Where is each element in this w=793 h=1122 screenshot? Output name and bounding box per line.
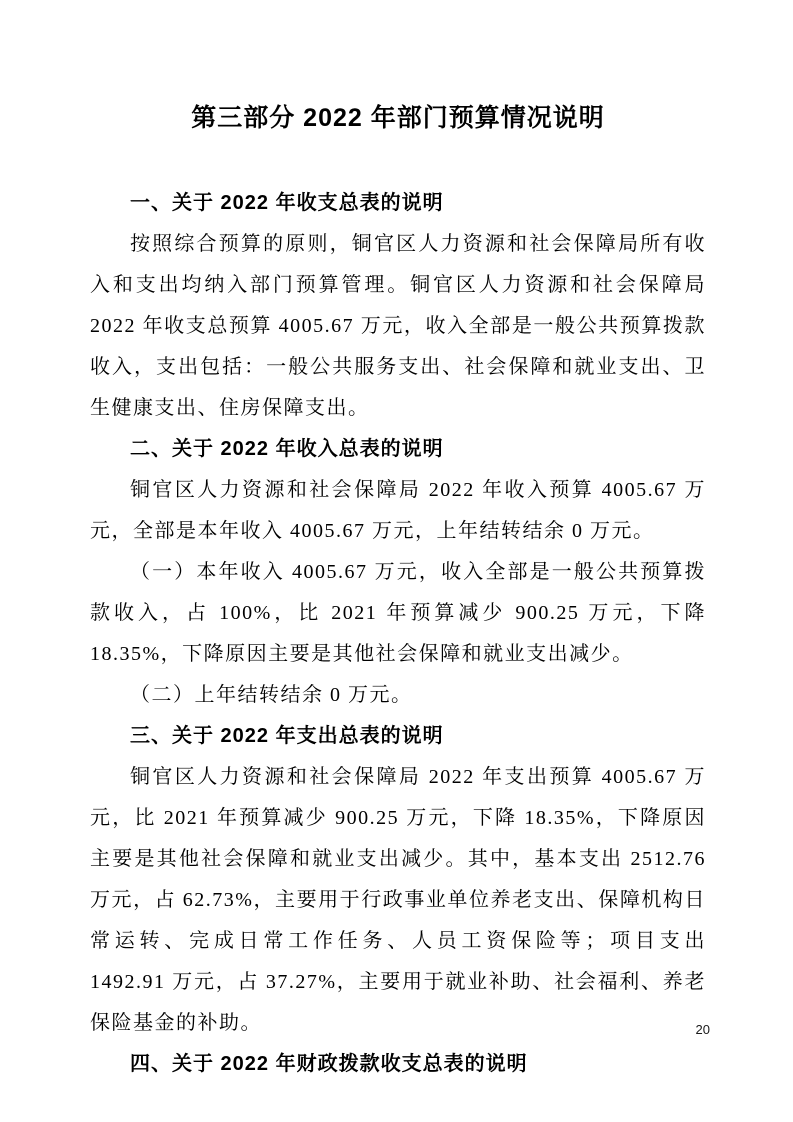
section-heading-3: 三、关于 2022 年支出总表的说明 bbox=[90, 716, 706, 757]
section-2-paragraph-1: 铜官区人力资源和社会保障局 2022 年收入预算 4005.67 万元，全部是本… bbox=[90, 470, 706, 552]
section-income-expenditure: 一、关于 2022 年收支总表的说明 按照综合预算的原则，铜官区人力资源和社会保… bbox=[90, 183, 706, 429]
section-heading-4: 四、关于 2022 年财政拨款收支总表的说明 bbox=[90, 1044, 706, 1085]
section-income: 二、关于 2022 年收入总表的说明 铜官区人力资源和社会保障局 2022 年收… bbox=[90, 429, 706, 716]
section-fiscal-appropriation: 四、关于 2022 年财政拨款收支总表的说明 bbox=[90, 1044, 706, 1085]
section-1-paragraph-1: 按照综合预算的原则，铜官区人力资源和社会保障局所有收入和支出均纳入部门预算管理。… bbox=[90, 224, 706, 429]
section-3-paragraph-1: 铜官区人力资源和社会保障局 2022 年支出预算 4005.67 万元，比 20… bbox=[90, 757, 706, 1044]
section-expenditure: 三、关于 2022 年支出总表的说明 铜官区人力资源和社会保障局 2022 年支… bbox=[90, 716, 706, 1044]
section-2-paragraph-3: （二）上年结转结余 0 万元。 bbox=[90, 675, 706, 716]
document-title: 第三部分 2022 年部门预算情况说明 bbox=[90, 100, 706, 137]
section-heading-1: 一、关于 2022 年收支总表的说明 bbox=[90, 183, 706, 224]
section-heading-2: 二、关于 2022 年收入总表的说明 bbox=[90, 429, 706, 470]
page-number: 20 bbox=[696, 1022, 710, 1037]
section-2-paragraph-2: （一）本年收入 4005.67 万元，收入全部是一般公共预算拨款收入，占 100… bbox=[90, 552, 706, 675]
document-page: 第三部分 2022 年部门预算情况说明 一、关于 2022 年收支总表的说明 按… bbox=[0, 0, 793, 1122]
